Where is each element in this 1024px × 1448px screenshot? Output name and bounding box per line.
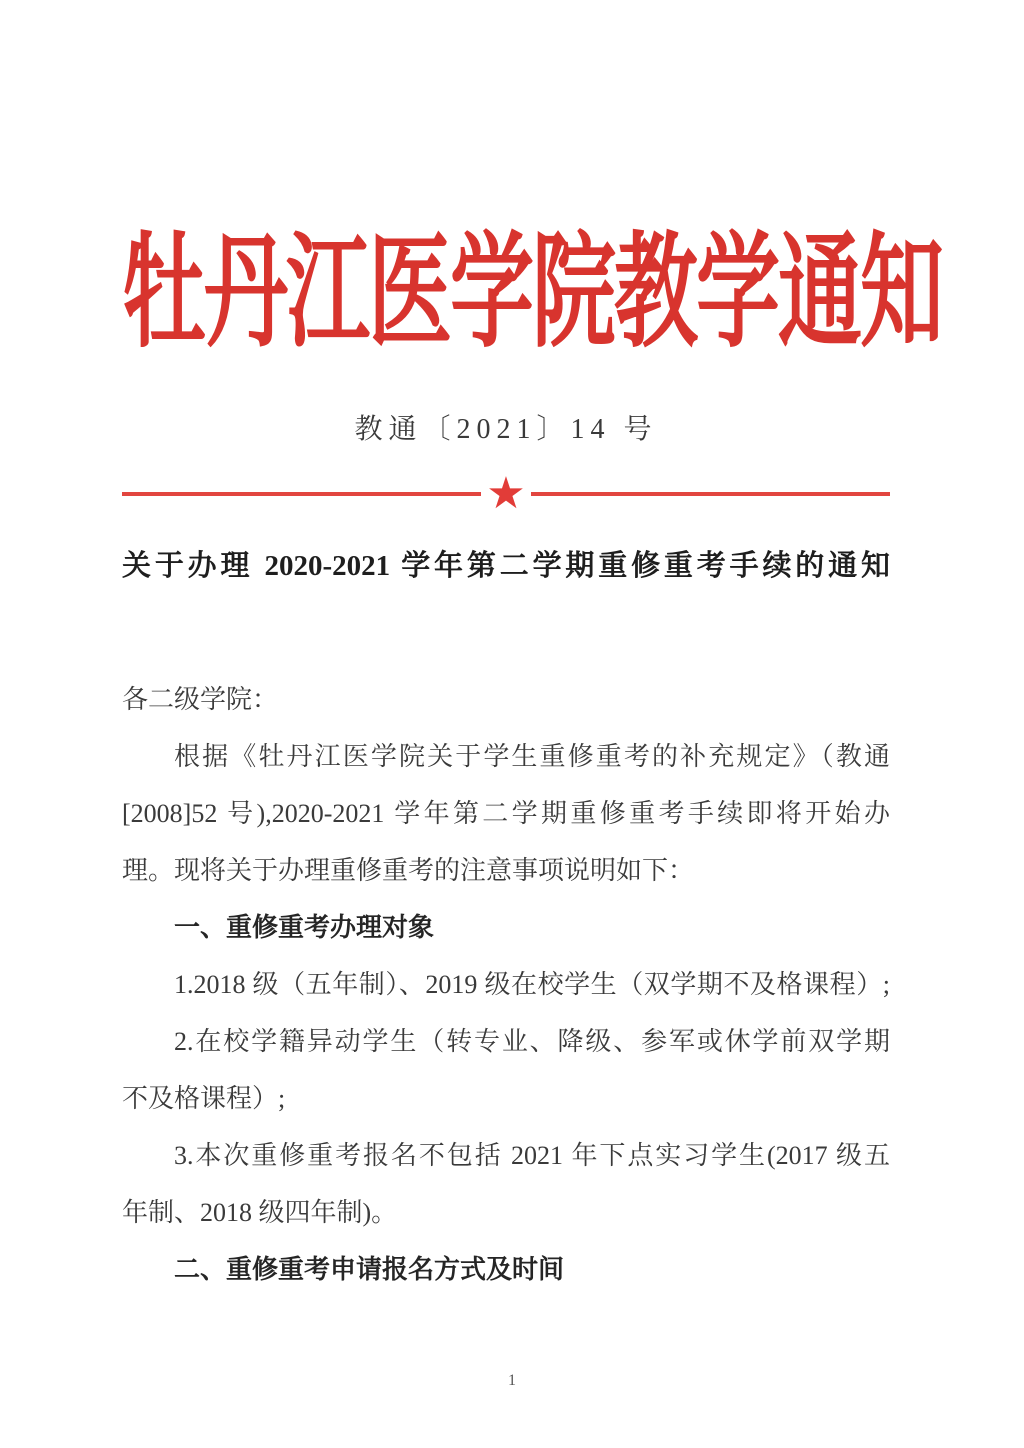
red-divider: ★ xyxy=(122,471,890,517)
masthead-title: 牡丹江医学院教学通知 xyxy=(122,233,890,357)
section-heading-2: 二、重修重考申请报名方式及时间 xyxy=(122,1241,890,1298)
document-page: 牡丹江医学院教学通知 教通〔2021〕14 号 ★ 关于办理 2020-2021… xyxy=(0,0,1024,1448)
notice-title: 关于办理 2020-2021 学年第二学期重修重考手续的通知 xyxy=(122,549,890,584)
notice-body: 各二级学院： 根据《牡丹江医学院关于学生重修重考的补充规定》（教通 [2008]… xyxy=(122,671,890,1298)
doc-number: 教通〔2021〕14 号 xyxy=(122,413,890,447)
body-line: 不及格课程）; xyxy=(122,1070,890,1127)
salutation: 各二级学院： xyxy=(122,671,890,728)
body-line: 年制、2018 级四年制)。 xyxy=(122,1184,890,1241)
body-line: 理。现将关于办理重修重考的注意事项说明如下： xyxy=(122,842,890,899)
body-line: 2.在校学籍异动学生（转专业、降级、参军或休学前双学期 xyxy=(122,1013,890,1070)
document-content: 牡丹江医学院教学通知 教通〔2021〕14 号 ★ 关于办理 2020-2021… xyxy=(122,0,890,1298)
body-line: 根据《牡丹江医学院关于学生重修重考的补充规定》（教通 xyxy=(122,728,890,785)
divider-line-right xyxy=(531,492,890,496)
body-line: 3.本次重修重考报名不包括 2021 年下点实习学生(2017 级五 xyxy=(122,1127,890,1184)
body-line: [2008]52 号),2020-2021 学年第二学期重修重考手续即将开始办 xyxy=(122,785,890,842)
body-line: 1.2018 级（五年制）、2019 级在校学生（双学期不及格课程）; xyxy=(122,956,890,1013)
section-heading-1: 一、重修重考办理对象 xyxy=(122,899,890,956)
divider-line-left xyxy=(122,492,481,496)
star-icon: ★ xyxy=(486,472,525,516)
page-number: 1 xyxy=(0,1372,1024,1390)
